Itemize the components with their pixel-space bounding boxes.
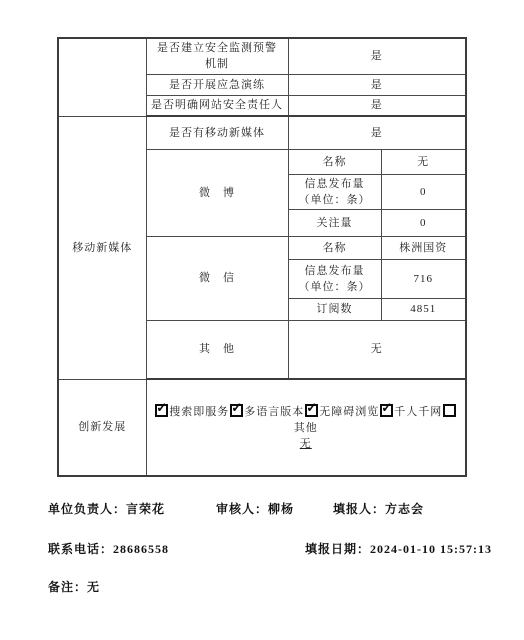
innovation-option-label: 搜索即服务 (169, 406, 229, 418)
report-page: 是否建立安全监测预警 机制 是 是否开展应急演练 是 是否明确网站安全责任人 是… (0, 0, 524, 640)
weibo-name-label: 名称 (288, 149, 381, 174)
innovation-option: 千人千网 (379, 406, 442, 418)
section-cell-mobile-media: 移动新媒体 (58, 116, 146, 379)
question-value-emergency-drill: 是 (288, 74, 466, 95)
checkbox-other-icon[interactable] (443, 404, 456, 417)
weibo-followers-value: 0 (381, 209, 466, 236)
wechat-volume-label: 信息发布量 （单位：条） (288, 259, 381, 298)
unit-head-field: 单位负责人：言荣花 (48, 500, 165, 517)
phone-field: 联系电话：28686558 (48, 540, 169, 557)
wechat-name-label: 名称 (288, 236, 381, 259)
reviewer-label: 审核人： (216, 502, 268, 516)
question-label-emergency-drill: 是否开展应急演练 (146, 74, 288, 95)
section-cell-innovation: 创新发展 (58, 379, 146, 476)
weibo-volume-value: 0 (381, 174, 466, 209)
innovation-option-label: 千人千网 (394, 406, 442, 418)
wechat-subscribers-label: 订阅数 (288, 298, 381, 320)
report-date-value: 2024-01-10 15:57:13 (370, 542, 492, 556)
question-label-line1: 是否建立安全监测预警 (149, 40, 286, 56)
wechat-volume-value: 716 (381, 259, 466, 298)
innovation-option: 搜索即服务 (154, 406, 229, 418)
filler-name: 方志会 (385, 502, 424, 516)
weibo-title-cell: 微 博 (146, 149, 288, 236)
innovation-options-cell: 搜索即服务多语言版本无障碍浏览千人千网其他 无 (146, 379, 466, 476)
question-label-line2: 机制 (149, 56, 286, 72)
innovation-option-label: 多语言版本 (244, 406, 304, 418)
checkbox-thousand-people-icon[interactable] (380, 404, 393, 417)
weibo-followers-label: 关注量 (288, 209, 381, 236)
innovation-other-value: 无 (300, 438, 312, 450)
weibo-volume-label-line2: （单位：条） (291, 192, 379, 208)
unit-head-label: 单位负责人： (48, 502, 126, 516)
report-date-label: 填报日期： (305, 542, 370, 556)
question-value-has-mobile-media: 是 (288, 116, 466, 149)
other-media-value: 无 (288, 320, 466, 379)
question-label-security-warning: 是否建立安全监测预警 机制 (146, 38, 288, 74)
reviewer-field: 审核人：柳杨 (216, 500, 294, 517)
innovation-option: 无障碍浏览 (304, 406, 379, 418)
wechat-name-value: 株洲国资 (381, 236, 466, 259)
report-table: 是否建立安全监测预警 机制 是 是否开展应急演练 是 是否明确网站安全责任人 是… (57, 37, 467, 477)
remark-value: 无 (87, 580, 100, 594)
checkbox-search-as-service-icon[interactable] (155, 404, 168, 417)
wechat-subscribers-value: 4851 (381, 298, 466, 320)
wechat-volume-label-line2: （单位：条） (291, 279, 379, 295)
phone-label: 联系电话： (48, 542, 113, 556)
report-date-field: 填报日期：2024-01-10 15:57:13 (305, 540, 492, 557)
unit-head-name: 言荣花 (126, 502, 165, 516)
question-value-security-responsible: 是 (288, 95, 466, 116)
remark-label: 备注： (48, 580, 87, 594)
checkbox-multilanguage-icon[interactable] (230, 404, 243, 417)
checkbox-accessible-browsing-icon[interactable] (305, 404, 318, 417)
weibo-volume-label: 信息发布量 （单位：条） (288, 174, 381, 209)
other-media-title-cell: 其 他 (146, 320, 288, 379)
innovation-option-label: 无障碍浏览 (319, 406, 379, 418)
weibo-name-value: 无 (381, 149, 466, 174)
wechat-volume-label-line1: 信息发布量 (291, 263, 379, 279)
filler-label: 填报人： (333, 502, 385, 516)
section-cell-empty (58, 38, 146, 116)
wechat-title-cell: 微 信 (146, 236, 288, 320)
innovation-option-label: 其他 (294, 422, 318, 434)
weibo-volume-label-line1: 信息发布量 (291, 176, 379, 192)
question-label-security-responsible: 是否明确网站安全责任人 (146, 95, 288, 116)
reviewer-name: 柳杨 (268, 502, 294, 516)
question-label-has-mobile-media: 是否有移动新媒体 (146, 116, 288, 149)
filler-field: 填报人：方志会 (333, 500, 424, 517)
question-value-security-warning: 是 (288, 38, 466, 74)
remark-field: 备注：无 (48, 578, 100, 595)
phone-number: 28686558 (113, 542, 169, 556)
innovation-option: 多语言版本 (229, 406, 304, 418)
